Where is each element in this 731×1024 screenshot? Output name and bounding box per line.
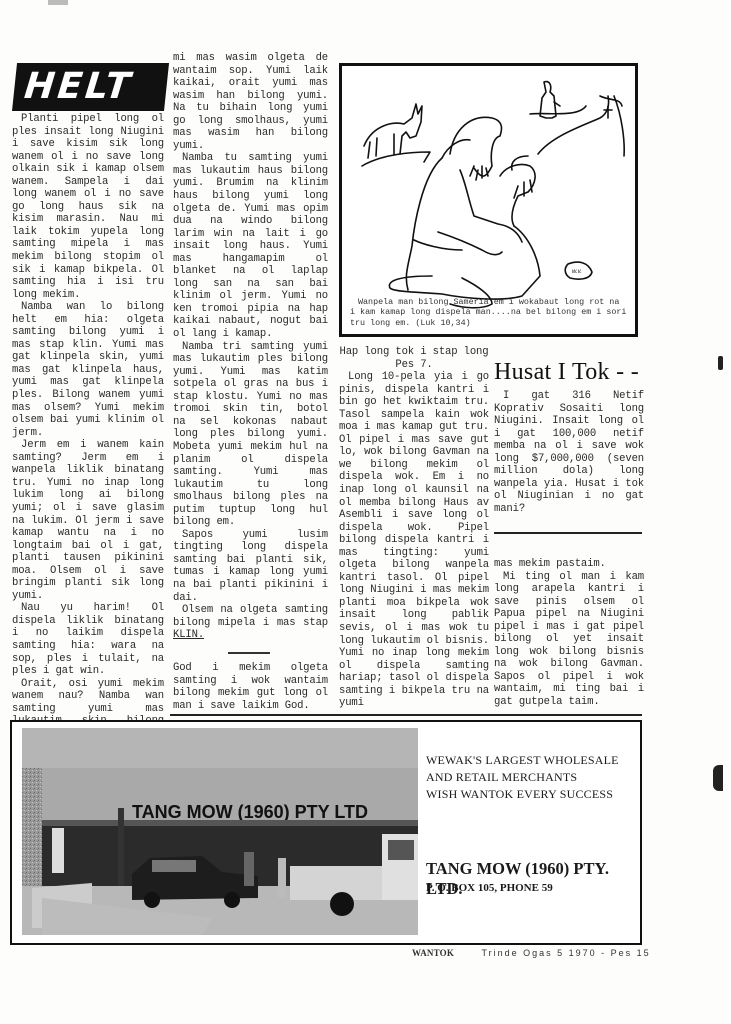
divider — [494, 532, 642, 534]
paragraph: Namba tri samting yumi mas lukautim ples… — [173, 341, 328, 529]
tang-mow-advertisement: TANG MOW (1960) PTY LTD — [10, 720, 642, 945]
husat-i-tok-headline: Husat I Tok - - — [494, 359, 639, 386]
ad-tagline: WEWAK'S LARGEST WHOLESALE AND RETAIL MER… — [426, 752, 619, 803]
paragraph: Namba tu samting yumi mas lukautim haus … — [173, 152, 328, 340]
helt-article-column-2: mi mas wasim olgeta de wantaim sop. Yumi… — [173, 52, 328, 642]
storefront-sign-text: TANG MOW (1960) PTY LTD — [132, 802, 368, 822]
publication-name: WANTOK — [412, 948, 454, 958]
ad-address: P. O. BOX 105, PHONE 59 — [426, 882, 553, 894]
scan-artifact — [718, 356, 723, 370]
divider — [170, 714, 642, 716]
tagline-line: WISH WANTOK EVERY SUCCESS — [426, 786, 619, 803]
paragraph-text: Olsem na olgeta samting bilong mipela i … — [173, 604, 328, 629]
section-title-text: HELT — [22, 66, 135, 107]
scan-artifact — [48, 0, 68, 5]
helt-article-column-1: Planti pipel long ol ples insait long Ni… — [12, 113, 164, 740]
paragraph: Nau yu harim! Ol dispela liklik binatang… — [12, 602, 164, 677]
scan-artifact — [713, 765, 723, 791]
paragraph: Long 10-pela yia i go pinis, dispela kan… — [339, 371, 489, 710]
illustration-good-samaritan: w.v. Wanpela man bilong Sameria em i wok… — [339, 63, 638, 337]
paragraph: God i mekim olgeta samting i wok wantaim… — [173, 662, 328, 712]
issue-date-page: Trinde Ogas 5 1970 - Pes 15 — [481, 948, 650, 958]
samaritan-drawing-icon: w.v. — [342, 66, 635, 334]
paragraph: I gat 316 Netif Koprativ Sosaiti long Ni… — [494, 390, 644, 515]
tagline-line: AND RETAIL MERCHANTS — [426, 769, 619, 786]
paragraph: Namba wan lo bilong helt em hia: olgeta … — [12, 301, 164, 439]
paragraph: Olsem na olgeta samting bilong mipela i … — [173, 604, 328, 642]
article-column-3: Hap long tok i stap long Pes 7. Long 10-… — [339, 346, 489, 710]
paragraph: Mi ting ol man i kam long arapela kantri… — [494, 571, 644, 709]
artist-signature: w.v. — [572, 269, 582, 275]
illustration-caption: Wanpela man bilong Sameria em i wokabaut… — [350, 297, 627, 329]
article-column-4-continued: mas mekim pastaim. Mi ting ol man i kam … — [494, 558, 644, 709]
storefront-photo-icon: TANG MOW (1960) PTY LTD — [22, 728, 418, 935]
continued-note: Hap long tok i stap long Pes 7. — [339, 346, 489, 371]
emphasis-klin: KLIN. — [173, 629, 204, 641]
husat-i-tok-article: I gat 316 Netif Koprativ Sosaiti long Ni… — [494, 390, 644, 515]
paragraph: Planti pipel long ol ples insait long Ni… — [12, 113, 164, 301]
paragraph: mas mekim pastaim. — [494, 558, 644, 571]
storefront-photo: TANG MOW (1960) PTY LTD — [22, 728, 418, 935]
paragraph: Jerm em i wanem kain samting? Jerm em i … — [12, 439, 164, 602]
tagline-line: WEWAK'S LARGEST WHOLESALE — [426, 752, 619, 769]
section-title-helt: HELT — [12, 63, 169, 111]
paragraph: Sapos yumi lusim tingting long dispela s… — [173, 529, 328, 604]
paragraph: mi mas wasim olgeta de wantaim sop. Yumi… — [173, 52, 328, 152]
page-footer: WANTOK Trinde Ogas 5 1970 - Pes 15 — [412, 948, 651, 959]
filler-god-quote: God i mekim olgeta samting i wok wantaim… — [173, 662, 328, 712]
divider — [228, 652, 270, 654]
